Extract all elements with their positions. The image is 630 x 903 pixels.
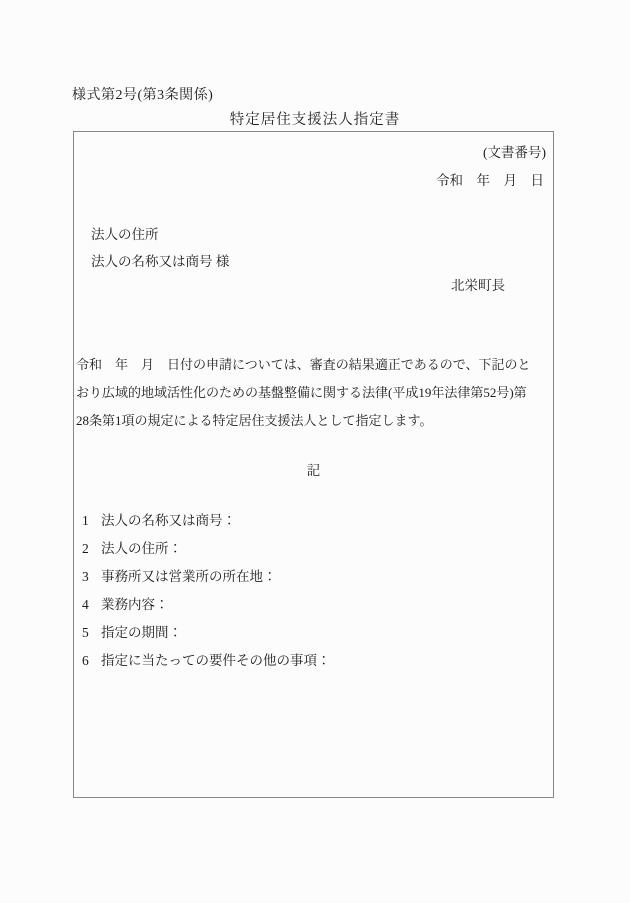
item-label: 指定の期間： bbox=[101, 625, 182, 640]
addressee-name-label: 法人の名称又は商号 様 bbox=[91, 248, 553, 275]
item-label: 法人の名称又は商号： bbox=[101, 513, 236, 528]
ki-heading: 記 bbox=[74, 461, 553, 481]
item-number: 6 bbox=[82, 647, 92, 675]
list-item: 2法人の住所： bbox=[82, 535, 553, 563]
item-label: 事務所又は営業所の所在地： bbox=[101, 569, 277, 584]
item-label: 業務内容： bbox=[101, 597, 169, 612]
item-number: 5 bbox=[82, 619, 92, 647]
designation-item-list: 1法人の名称又は商号： 2法人の住所： 3事務所又は営業所の所在地： 4業務内容… bbox=[82, 507, 553, 675]
item-number: 4 bbox=[82, 591, 92, 619]
item-number: 2 bbox=[82, 535, 92, 563]
issuer-title: 北栄町長 bbox=[74, 276, 553, 296]
paragraph-line: 令和 年 月 日付の申請については、審査の結果適正であるので、下記のと bbox=[76, 351, 553, 379]
list-item: 6指定に当たっての要件その他の事項： bbox=[82, 647, 553, 675]
item-label: 法人の住所： bbox=[101, 541, 182, 556]
item-number: 1 bbox=[82, 507, 92, 535]
body-paragraph: 令和 年 月 日付の申請については、審査の結果適正であるので、下記のと おり広域… bbox=[74, 351, 553, 435]
paragraph-line: おり広域的地域活性化のための基盤整備に関する法律(平成19年法律第52号)第 bbox=[76, 379, 553, 407]
addressee-address-label: 法人の住所 bbox=[91, 221, 553, 248]
certificate-box: (文書番号) 令和 年 月 日 法人の住所 法人の名称又は商号 様 北栄町長 令… bbox=[73, 131, 554, 798]
document-title: 特定居住支援法人指定書 bbox=[0, 112, 630, 129]
date-line: 令和 年 月 日 bbox=[74, 171, 553, 191]
document-number-placeholder: (文書番号) bbox=[74, 143, 553, 163]
list-item: 3事務所又は営業所の所在地： bbox=[82, 563, 553, 591]
addressee-block: 法人の住所 法人の名称又は商号 様 bbox=[91, 221, 553, 275]
item-number: 3 bbox=[82, 563, 92, 591]
document-page: 様式第2号(第3条関係) 特定居住支援法人指定書 (文書番号) 令和 年 月 日… bbox=[0, 0, 630, 903]
item-label: 指定に当たっての要件その他の事項： bbox=[101, 653, 331, 668]
form-number-label: 様式第2号(第3条関係) bbox=[72, 88, 213, 104]
list-item: 1法人の名称又は商号： bbox=[82, 507, 553, 535]
paragraph-line: 28条第1項の規定による特定居住支援法人として指定します。 bbox=[76, 407, 553, 435]
list-item: 5指定の期間： bbox=[82, 619, 553, 647]
list-item: 4業務内容： bbox=[82, 591, 553, 619]
